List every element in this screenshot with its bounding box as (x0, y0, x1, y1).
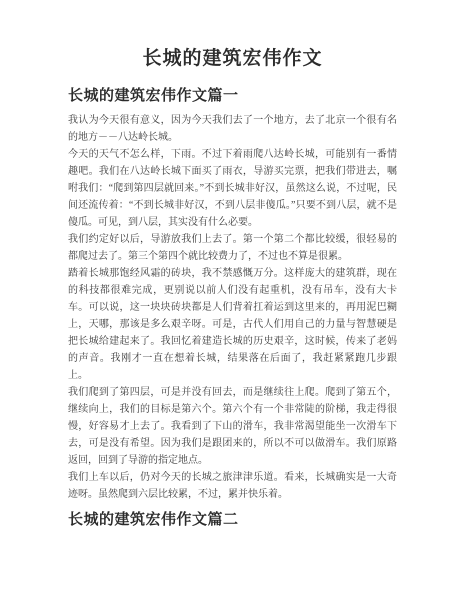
essay-paragraph: 我们上车以后，仍对今天的长城之旅津津乐道。看来，长城确实是一大奇迹呀。虽然爬到六… (68, 469, 397, 503)
section-heading-1: 长城的建筑宏伟作文篇一 (68, 86, 397, 107)
document-title: 长城的建筑宏伟作文 (68, 46, 397, 72)
section-heading-2: 长城的建筑宏伟作文篇二 (68, 510, 397, 531)
document-page: 长城的建筑宏伟作文 长城的建筑宏伟作文篇一 我认为今天很有意义，因为今天我们去了… (0, 0, 463, 600)
essay-paragraph: 今天的天气不怎么样，下雨。不过下着雨爬八达岭长城，可能别有一番情趣吧。我们在八达… (68, 146, 397, 231)
essay-paragraph: 踏着长城那饱经风霜的砖块，我不禁感慨万分。这样庞大的建筑群，现在的科技都很难完成… (68, 265, 397, 384)
essay-paragraph: 我们爬到了第四层，可是并没有回去，而是继续往上爬。爬到了第五个，继续向上，我们的… (68, 384, 397, 469)
essay-paragraph: 我认为今天很有意义，因为今天我们去了一个地方，去了北京一个很有名的地方－－八达岭… (68, 112, 397, 146)
essay-paragraph: 我们约定好以后，导游放我们上去了。第一个第二个都比较缓，很轻易的都爬过去了。第三… (68, 231, 397, 265)
